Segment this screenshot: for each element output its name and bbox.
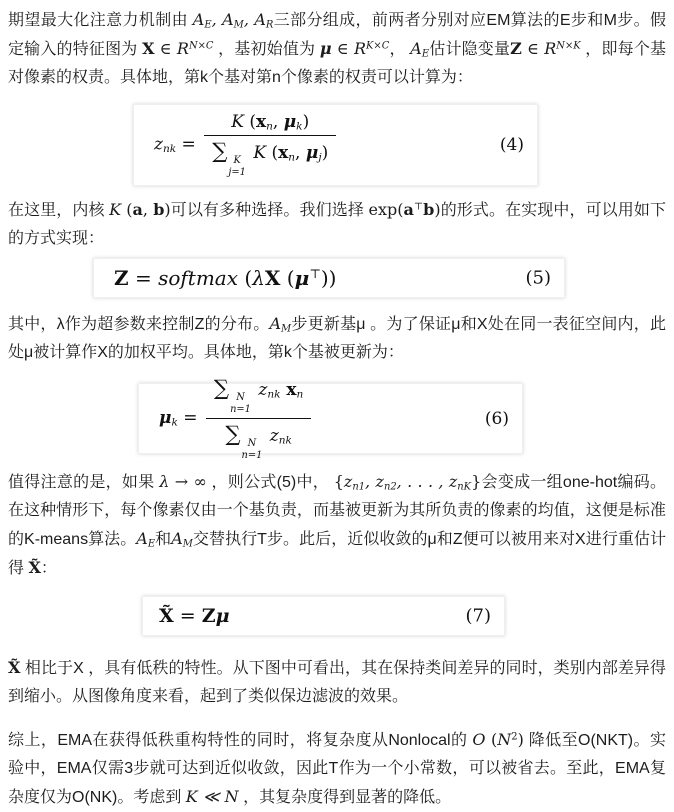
article-content: 期望最大化注意力机制由 AE, AM, AR三部分组成，前两者分别对应EM算法的… [0,0,674,812]
equation-number-4: (4) [500,135,524,155]
formula-eq6-expression: μk = ∑Nn=1 znk xn∑Nn=1 znk [139,376,314,461]
formula-eq4-expression: znk = K (xn, μk)∑Kj=1 K (xn, μj) [134,112,339,178]
paragraph-kernel: 在这里，内核 K (a, b)可以有多种选择。我们选择 exp(a⊤b)的形式。… [8,196,666,253]
equation-number-7: (7) [466,606,492,627]
formula-image-eq6: μk = ∑Nn=1 znk xn∑Nn=1 znk (6) [138,383,523,454]
equation-number-5: (5) [526,268,552,289]
formula-eq5-expression: Z = softmax (λX (μ⊤)) [94,266,336,290]
paragraph-lowrank: X̃ 相比于X ，具有低秩的特性。从下图中可看出，其在保持类间差异的同时，类别内… [8,654,666,711]
paragraph-complexity: 综上，EMA在获得低秩重构特性的同时，将复杂度从Nonlocal的 O (N2)… [8,726,666,812]
paragraph-lambda: 其中，λ作为超参数来控制Z的分布。AM步更新基μ 。为了保证μ和X处在同一表征空… [8,310,666,367]
paragraph-intro: 期望最大化注意力机制由 AE, AM, AR三部分组成，前两者分别对应EM算法的… [8,6,666,92]
equation-number-6: (6) [485,409,509,429]
formula-eq7-expression: X̃ = Zμ [143,605,230,627]
formula-image-eq4: znk = K (xn, μk)∑Kj=1 K (xn, μj) (4) [133,104,538,186]
paragraph-kmeans: 值得注意的是，如果 λ → ∞ ，则公式(5)中， {zn1, zn2, . .… [8,468,666,583]
formula-image-eq5: Z = softmax (λX (μ⊤)) (5) [93,258,565,298]
formula-image-eq7: X̃ = Zμ (7) [142,596,505,636]
